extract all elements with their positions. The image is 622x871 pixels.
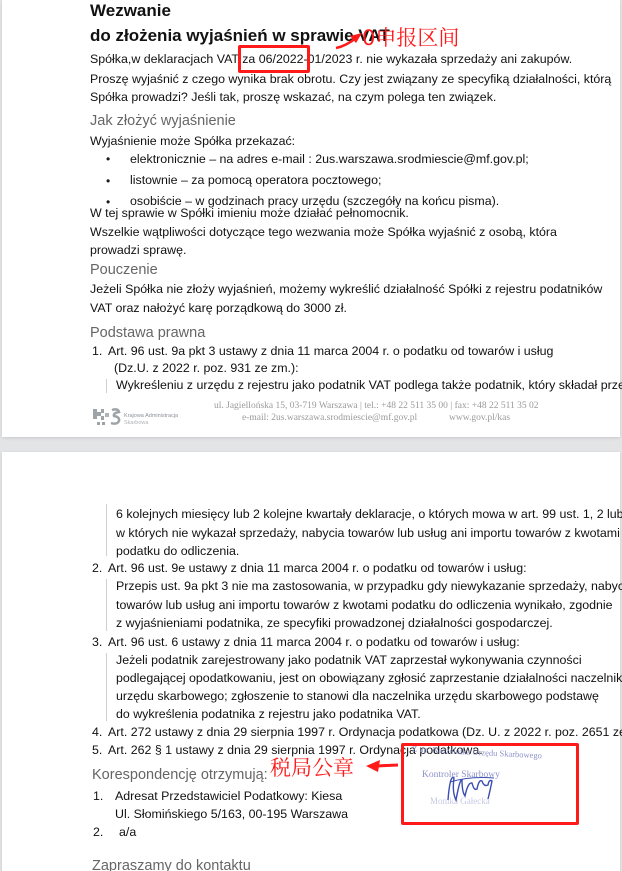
quote-bar xyxy=(106,579,107,631)
heading-correspondence: Korespondencję otrzymują: xyxy=(92,767,268,783)
legal-item-2-quote-1: Przepis ust. 9a pkt 3 nie ma zastosowani… xyxy=(116,576,622,596)
recipient-1-name: Adresat Przedstawiciel Podatkowy: Kiesa xyxy=(115,786,342,806)
legal-item-2-quote-3: z wyjaśnieniami podatnika, ze specyfiki … xyxy=(116,613,553,633)
legal-item-1-number: 1. xyxy=(92,341,102,361)
kas-org-line-1: Krajowa Administracja xyxy=(124,413,178,420)
stamp-highlight-box xyxy=(401,743,579,825)
legal-item-4-text: Art. 272 ustawy z dnia 29 sierpnia 1997 … xyxy=(108,722,622,742)
legal-item-5-number: 5. xyxy=(92,740,102,760)
legal-item-3-text: Art. 96 ust. 6 ustawy z dnia 11 marca 20… xyxy=(108,632,520,652)
legal-item-3-quote-2: podlegającej opodatkowaniu, jest on obow… xyxy=(116,668,622,688)
how-to-lead: Wyjaśnienie może Spółka przekazać: xyxy=(90,131,295,151)
legal-item-3-quote-3: urzędu skarbowego; zgłoszenie to stanowi… xyxy=(116,686,599,706)
notice-line-2: VAT oraz nałożyć karę porządkową do 3000… xyxy=(90,298,347,318)
kas-logo-icon xyxy=(93,407,123,429)
legal-item-1-quote: Wykreśleniu z urzędu z rejestru jako pod… xyxy=(116,375,622,395)
annotation-stamp-label: 税局公章 xyxy=(270,752,354,782)
heading-contact: Zapraszamy do kontaktu xyxy=(92,858,251,871)
document-page-1: Wezwanie do złożenia wyjaśnień w sprawie… xyxy=(2,0,620,437)
recipient-2-text: a/a xyxy=(119,822,136,842)
legal-item-1-quote-cont-1: 6 kolejnych miesięcy lub 2 kolejne kwart… xyxy=(116,504,622,524)
arrow-up-right-icon xyxy=(334,30,364,50)
bullet-item-post: listownie – za pomocą operatora pocztowe… xyxy=(130,170,381,190)
intro-line-2: Proszę wyjaśnić z czego wynika brak obro… xyxy=(90,69,611,89)
bullet-icon: • xyxy=(106,152,110,166)
recipient-2-number: 2. xyxy=(93,822,103,842)
quote-bar xyxy=(106,379,107,393)
legal-item-3-quote-4: do wykreślenia podatnika z rejestru jako… xyxy=(116,704,421,724)
kas-org-name: Krajowa Administracja Skarbowa xyxy=(124,413,178,427)
legal-item-3-number: 3. xyxy=(92,632,102,652)
legal-item-1-quote-cont-2: w których nie wykazał sprzedaży, nabycia… xyxy=(116,523,620,543)
annotation-period-label: 0申报区间 xyxy=(362,22,459,52)
intro-line-1: Spółka,w deklaracjach VAT za 06/2022-01/… xyxy=(90,49,572,69)
notice-line-1: Jeżeli Spółka nie złoży wyjaśnień, możem… xyxy=(90,279,602,299)
intro-text-before: Spółka,w deklaracjach VAT za xyxy=(90,52,259,66)
legal-item-2-text: Art. 96 ust. 9e ustawy z dnia 11 marca 2… xyxy=(108,558,527,578)
legal-item-2-number: 2. xyxy=(92,558,102,578)
heading-how-to: Jak złożyć wyjaśnienie xyxy=(90,113,236,129)
intro-text-after: r. nie wykazała sprzedaży ani zakupów. xyxy=(352,52,572,66)
legal-item-3-quote-1: Jeżeli podatnik zarejestrowany jako poda… xyxy=(116,650,582,670)
proxy-note: W tej sprawie w Spółki imieniu może dzia… xyxy=(90,203,409,223)
arrow-left-icon xyxy=(366,759,400,773)
heading-notice: Pouczenie xyxy=(90,262,158,278)
footer-website: www.gov.pl/kas xyxy=(449,412,510,425)
footer-email: e-mail: 2us.warszawa.srodmiescie@mf.gov.… xyxy=(242,412,417,425)
bullet-item-email: elektronicznie – na adres e-mail : 2us.w… xyxy=(130,149,529,169)
doubts-line-1: Wszelkie wątpliwości dotyczące tego wezw… xyxy=(90,222,557,242)
kas-org-line-2: Skarbowa xyxy=(124,420,178,427)
quote-bar xyxy=(106,653,107,721)
doubts-line-2: prowadzi sprawę. xyxy=(90,240,186,260)
quote-bar xyxy=(106,504,107,556)
heading-legal-basis: Podstawa prawna xyxy=(90,325,205,341)
document-title: Wezwanie xyxy=(90,1,171,21)
legal-item-4-number: 4. xyxy=(92,722,102,742)
recipient-1-address: Ul. Słomińskiego 5/163, 00-195 Warszawa xyxy=(115,804,348,824)
legal-item-2-quote-2: towarów lub usług ani importu towarów z … xyxy=(116,595,613,615)
intro-line-3: Spółka prowadzi? Jeśli tak, proszę wskaz… xyxy=(90,87,496,107)
bullet-icon: • xyxy=(106,174,110,188)
recipient-1-number: 1. xyxy=(93,786,103,806)
period-highlight-box xyxy=(238,45,310,73)
